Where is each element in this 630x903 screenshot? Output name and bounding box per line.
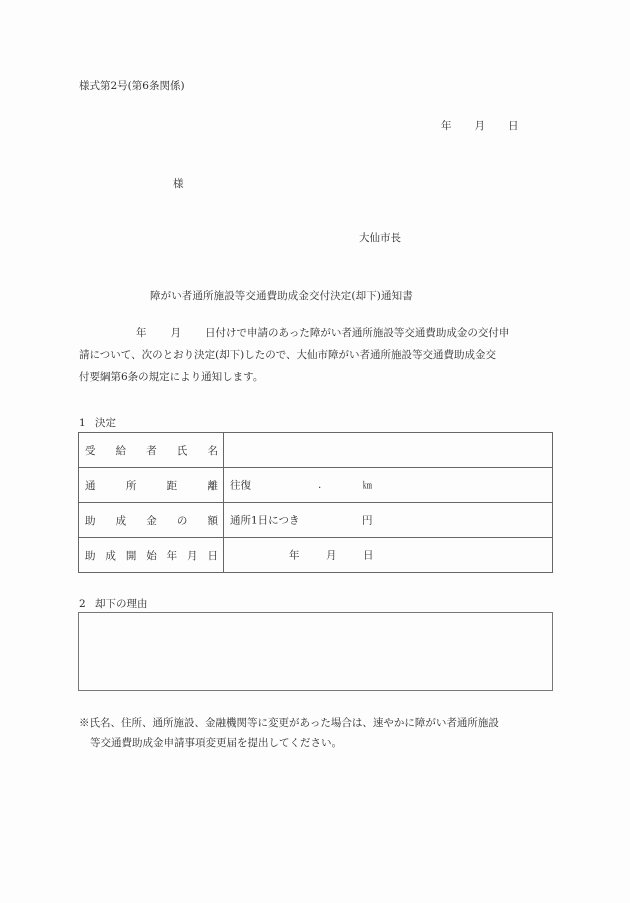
issue-date: 年月日	[441, 121, 519, 132]
start-date-field[interactable]: 年 月 日	[224, 538, 553, 573]
body-line-3: 付要綱第6条の規定により通知します。	[79, 366, 559, 388]
label-subsidy-amount: 助 成 金 の 額	[79, 503, 224, 538]
section-1-heading: 1決定	[79, 418, 116, 429]
km-unit: ㎞	[363, 479, 372, 492]
body-paragraph: 年月日付けで申請のあった障がい者通所施設等交通費助成金の交付申 請について、次の…	[79, 322, 559, 388]
notice-line-1: ※氏名、住所、通所施設、金融機関等に変更があった場合は、速やかに障がい者通所施設	[79, 713, 499, 733]
section-2-heading: 2却下の理由	[79, 599, 148, 610]
yen-unit: 円	[362, 513, 373, 528]
recipient-name-field[interactable]	[224, 433, 553, 468]
round-trip-label: 往復	[230, 478, 251, 493]
table-row-recipient-name: 受 給 者 氏 名	[79, 433, 553, 468]
date-day-label: 日	[508, 121, 519, 132]
per-day-label: 通所1日につき	[230, 513, 299, 528]
start-year-label: 年	[289, 548, 300, 563]
label-commute-distance: 通 所 距 離	[79, 468, 224, 503]
date-month-label: 月	[475, 121, 486, 132]
notice-line-2: 等交通費助成金申請事項変更届を提出してください。	[79, 733, 499, 753]
body-line-2: 請について、次のとおり決定(却下)したので、大仙市障がい者通所施設等交通費助成金…	[79, 344, 559, 366]
body-month-label: 月	[171, 327, 182, 339]
label-start-date: 助 成 開 始 年 月 日	[79, 538, 224, 573]
decision-table: 受 給 者 氏 名 通 所 距 離 往復 . ㎞	[78, 432, 553, 573]
body-year-label: 年	[136, 327, 147, 339]
start-month-label: 月	[326, 548, 337, 563]
start-day-label: 日	[363, 548, 374, 563]
change-notice: ※氏名、住所、通所施設、金融機関等に変更があった場合は、速やかに障がい者通所施設…	[79, 713, 499, 753]
table-row-subsidy-amount: 助 成 金 の 額 通所1日につき 円	[79, 503, 553, 538]
form-number: 様式第2号(第6条関係)	[79, 81, 185, 92]
date-year-label: 年	[441, 121, 452, 132]
issuer-name: 大仙市長	[359, 233, 401, 244]
table-row-start-date: 助 成 開 始 年 月 日 年 月 日	[79, 538, 553, 573]
table-row-commute-distance: 通 所 距 離 往復 . ㎞	[79, 468, 553, 503]
decimal-point: .	[318, 479, 321, 491]
commute-distance-field[interactable]: 往復 . ㎞	[224, 468, 553, 503]
body-line-1: 年月日付けで申請のあった障がい者通所施設等交通費助成金の交付申	[79, 322, 559, 344]
document-title: 障がい者通所施設等交通費助成金交付決定(却下)通知書	[150, 291, 413, 302]
addressee-suffix: 様	[173, 179, 184, 190]
subsidy-amount-field[interactable]: 通所1日につき 円	[224, 503, 553, 538]
rejection-reason-field[interactable]	[78, 612, 553, 691]
label-recipient-name: 受 給 者 氏 名	[79, 433, 224, 468]
